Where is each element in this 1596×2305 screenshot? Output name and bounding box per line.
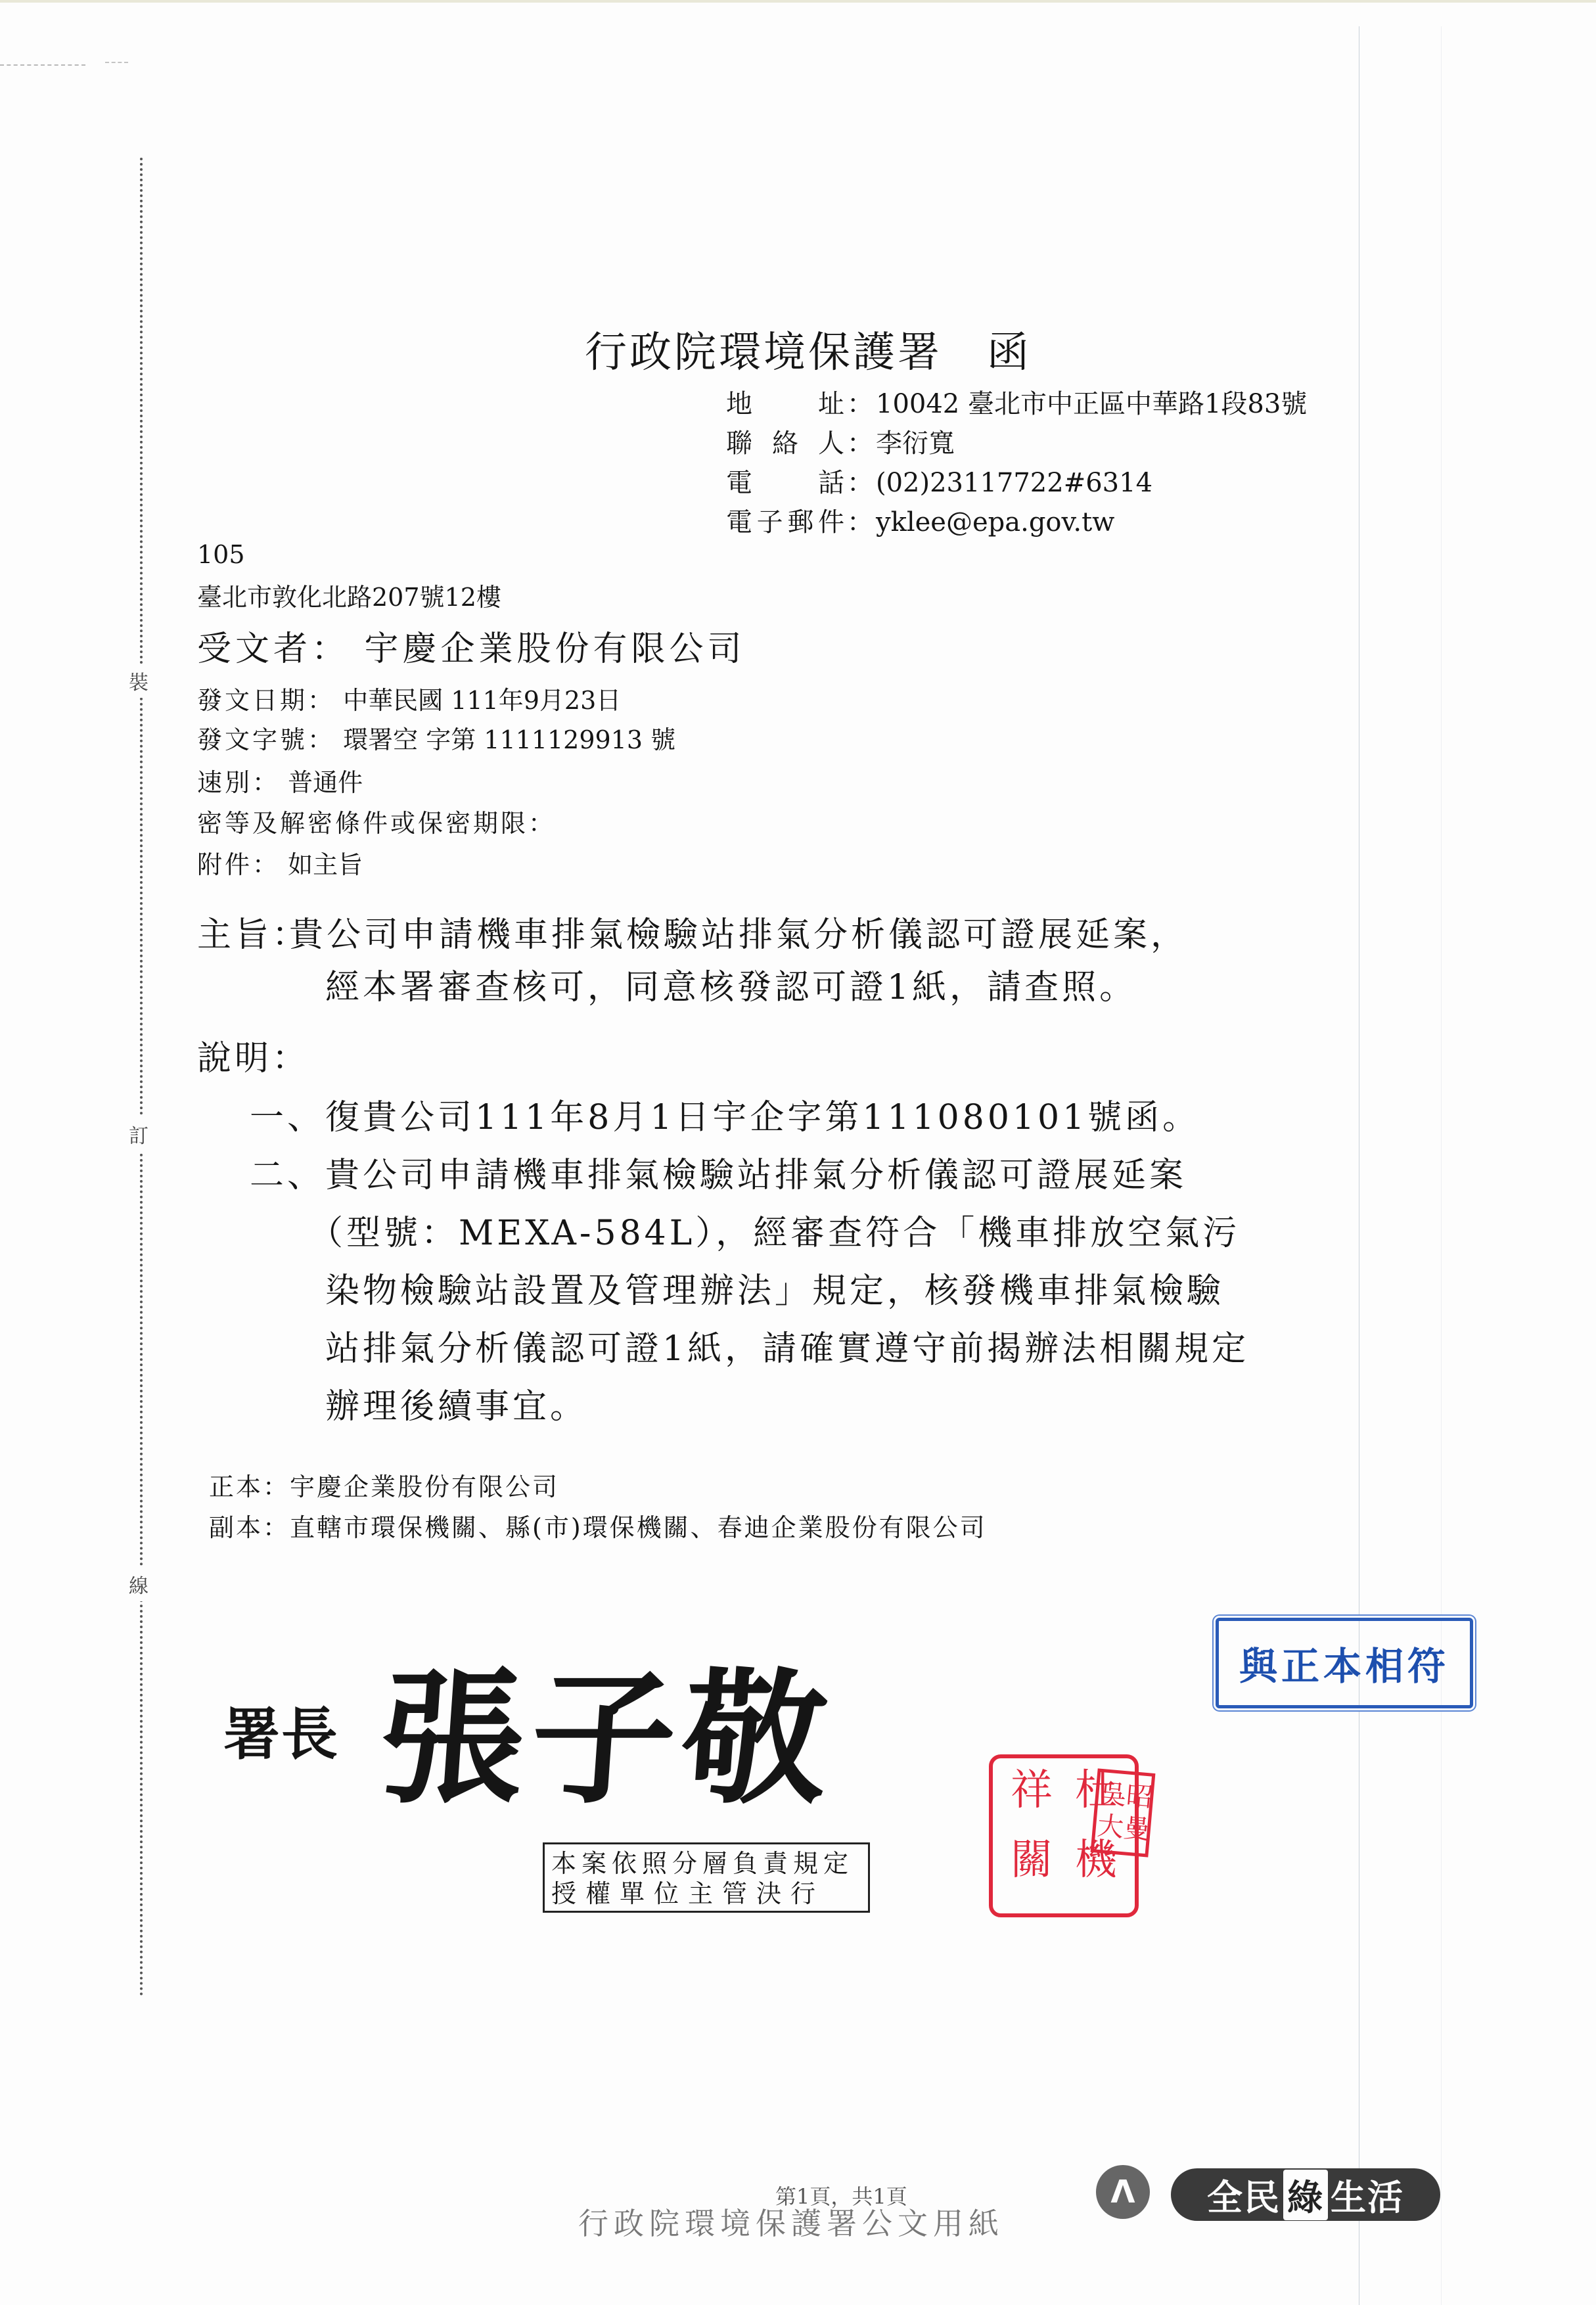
contact-person: 聯絡人：李衍寬 — [726, 422, 955, 460]
contact-value: 10042 臺北市中正區中華路1段83號 — [876, 389, 1307, 419]
seal-char: 祥 — [999, 1766, 1064, 1836]
description-label: 說明： — [197, 1030, 309, 1080]
contact-label: 聯絡人 — [726, 422, 844, 460]
distribution-label: 副本： — [209, 1513, 290, 1542]
scan-artifact — [0, 64, 85, 67]
contact-email: 電子郵件：yklee@epa.gov.tw — [726, 501, 1114, 539]
contact-label: 電 話 — [726, 462, 844, 499]
signature-name: 張子敬 — [374, 1623, 842, 1831]
delegation-line: 本案依照分層負責規定 — [551, 1848, 861, 1879]
subject-line: 經本署審查核可，同意核發認可證1紙，請查照。 — [325, 959, 1137, 1009]
item-line: 染物檢驗站設置及管理辦法」規定，核發機車排氣檢驗 — [325, 1263, 1224, 1312]
item-line: （型號：MEXA-584L），經審查符合「機車排放空氣污 — [309, 1205, 1240, 1254]
scan-fold-line — [1359, 26, 1359, 2305]
logo-text: 全民 — [1207, 2170, 1281, 2220]
meta-label: 速別： — [197, 768, 280, 797]
item-line: 復貴公司111年8月1日宇企字第111080101號函。 — [325, 1089, 1200, 1139]
binding-line — [140, 158, 143, 1997]
personal-seal: 吳 昭 大 曼 — [1091, 1768, 1156, 1857]
binding-mark-xian: 線 — [129, 1567, 148, 1601]
binding-mark-zhuang: 裝 — [129, 664, 148, 698]
contact-label: 地 址 — [726, 383, 844, 421]
distribution-copy: 副本：直轄市環保機關、縣(市)環保機關、春迪企業股份有限公司 — [209, 1507, 987, 1543]
recipient-zip: 105 — [197, 540, 245, 569]
document-title: 行政院環境保護署 函 — [585, 319, 1032, 379]
meta-secrecy: 密等及解密條件或保密期限： — [197, 803, 556, 839]
recipient-label: 受文者： — [197, 629, 350, 669]
meta-doc-number: 發文字號： 環署空 字第 1111129913 號 — [197, 719, 675, 756]
scan-artifact — [105, 62, 128, 64]
contact-value: yklee@epa.gov.tw — [876, 507, 1114, 537]
meta-label: 發文日期： — [197, 686, 335, 715]
meta-value: 普通件 — [288, 768, 363, 797]
distribution-label: 正本： — [209, 1472, 290, 1501]
seal-char: 吳 — [1099, 1779, 1128, 1813]
meta-value: 中華民國 111年9月23日 — [343, 686, 621, 715]
scan-fold-line — [1441, 26, 1442, 2305]
recipient-name: 宇慶企業股份有限公司 — [365, 629, 746, 669]
item-line: 貴公司申請機車排氣檢驗站排氣分析儀認可證展延案 — [325, 1147, 1187, 1197]
contact-phone: 電 話：(02)23117722#6314 — [726, 462, 1152, 499]
distribution-original: 正本：宇慶企業股份有限公司 — [209, 1467, 559, 1503]
meta-label: 發文字號： — [197, 725, 335, 754]
binding-mark-ding: 訂 — [129, 1117, 148, 1151]
distribution-value: 宇慶企業股份有限公司 — [290, 1472, 559, 1501]
epa-logo-icon: Λ — [1096, 2165, 1150, 2219]
certified-copy-stamp: 與正本相符 — [1216, 1618, 1473, 1708]
contact-value: (02)23117722#6314 — [876, 468, 1152, 498]
subject-line: 貴公司申請機車排氣檢驗站排氣分析儀認可證展延案， — [289, 907, 1188, 956]
distribution-value: 直轄市環保機關、縣(市)環保機關、春迪企業股份有限公司 — [290, 1513, 987, 1542]
item-number: 一、 — [250, 1089, 325, 1139]
meta-attachment: 附件： 如主旨 — [197, 844, 363, 880]
seal-char: 關 — [999, 1836, 1064, 1906]
meta-date: 發文日期： 中華民國 111年9月23日 — [197, 680, 621, 716]
signature-title: 署長 — [223, 1689, 339, 1770]
green-life-logo: 全民綠生活 — [1171, 2168, 1440, 2221]
recipient-address: 臺北市敦化北路207號12樓 — [197, 577, 501, 613]
contact-label: 電子郵件 — [726, 501, 844, 539]
contact-address: 地 址：10042 臺北市中正區中華路1段83號 — [726, 383, 1307, 421]
seal-char: 曼 — [1122, 1813, 1151, 1847]
meta-value: 環署空 字第 1111129913 號 — [343, 725, 675, 754]
item-number: 二、 — [250, 1147, 325, 1197]
delegation-box: 本案依照分層負責規定 授權單位主管決行 — [543, 1842, 870, 1913]
logo-text: 生活 — [1331, 2170, 1404, 2220]
contact-value: 李衍寬 — [876, 428, 955, 459]
delegation-line: 授權單位主管決行 — [551, 1879, 861, 1909]
scan-edge — [0, 0, 1596, 3]
meta-label: 密等及解密條件或保密期限： — [197, 809, 556, 838]
item-line: 辦理後續事宜。 — [325, 1379, 587, 1428]
seal-char: 昭 — [1125, 1781, 1154, 1815]
logo-text-highlight: 綠 — [1283, 2170, 1328, 2220]
footer-paper-label: 行政院環境保護署公文用紙 — [578, 2200, 1004, 2243]
meta-label: 附件： — [197, 850, 280, 879]
recipient: 受文者： 宇慶企業股份有限公司 — [197, 621, 746, 670]
meta-value: 如主旨 — [288, 850, 363, 879]
item-line: 站排氣分析儀認可證1紙，請確實遵守前揭辦法相關規定 — [325, 1321, 1249, 1370]
meta-speed: 速別： 普通件 — [197, 762, 363, 798]
seal-char: 大 — [1096, 1811, 1125, 1845]
